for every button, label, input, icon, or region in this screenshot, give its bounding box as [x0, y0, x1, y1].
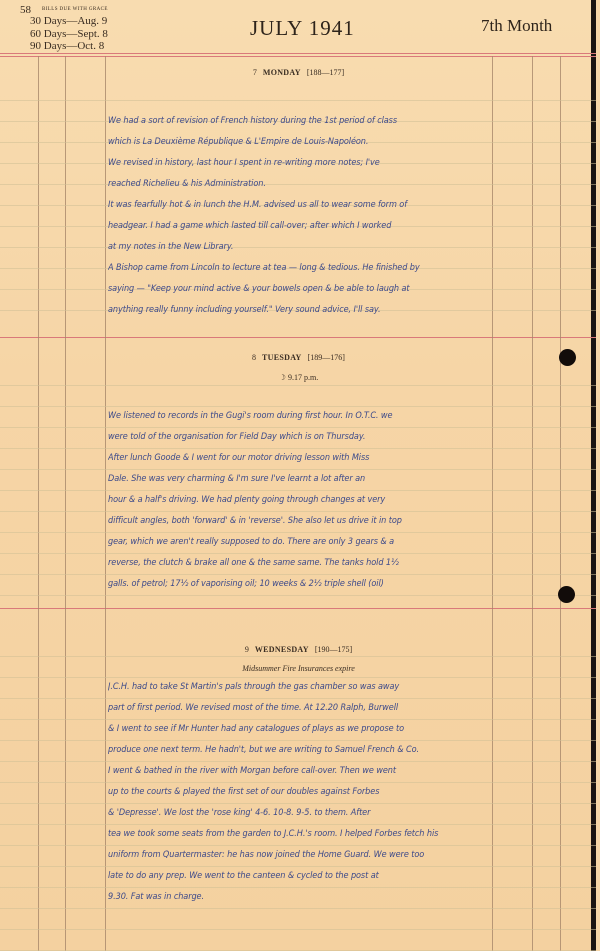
moon-phase-note: ☽ 9.17 p.m. [105, 373, 492, 382]
entry-line: gear, which we aren't really supposed to… [108, 532, 471, 553]
day-name: TUESDAY [262, 353, 302, 362]
entry-line: tea we took some seats from the garden t… [108, 824, 471, 845]
diary-entry-tuesday: We listened to records in the Gugi's roo… [108, 406, 490, 595]
column-rule [492, 56, 493, 951]
entry-line: J.C.H. had to take St Martin's pals thro… [108, 677, 471, 698]
entry-line: uniform from Quartermaster: he has now j… [108, 845, 471, 866]
ruled-line [0, 385, 596, 386]
section-divider [0, 608, 596, 609]
diary-page: 58 Bills due with grace 30 Days—Aug. 9 6… [0, 0, 596, 951]
day-number: 8 [252, 353, 256, 362]
entry-line: We had a sort of revision of French hist… [108, 111, 471, 132]
diary-entry-monday: We had a sort of revision of French hist… [108, 111, 490, 321]
entry-line: anything really funny including yourself… [108, 300, 471, 321]
ruled-line [0, 656, 596, 657]
day-name: WEDNESDAY [255, 645, 309, 654]
entry-line: Dale. She was very charming & I'm sure I… [108, 469, 471, 490]
section-divider [0, 53, 596, 54]
ruled-line [0, 929, 596, 930]
punch-hole [558, 586, 575, 603]
day-heading-monday: 7 MONDAY [188—177] [105, 68, 492, 77]
entry-line: saying — "Keep your mind active & your b… [108, 279, 471, 300]
column-rule [560, 56, 561, 951]
day-heading-wednesday: 9 WEDNESDAY [190—175] [105, 645, 492, 654]
month-label: 7th Month [481, 16, 552, 36]
calendar-note: Midsummer Fire Insurances expire [105, 664, 492, 673]
ruled-line [0, 100, 596, 101]
entry-line: difficult angles, both 'forward' & in 'r… [108, 511, 471, 532]
entry-line: We revised in history, last hour I spent… [108, 153, 471, 174]
entry-line: were told of the organisation for Field … [108, 427, 471, 448]
entry-line: produce one next term. He hadn't, but we… [108, 740, 471, 761]
entry-line: headgear. I had a game which lasted till… [108, 216, 471, 237]
diary-entry-wednesday: J.C.H. had to take St Martin's pals thro… [108, 677, 490, 908]
entry-line: galls. of petrol; 17½ of vaporising oil;… [108, 574, 471, 595]
entry-line: at my notes in the New Library. [108, 237, 471, 258]
entry-line: It was fearfully hot & in lunch the H.M.… [108, 195, 471, 216]
day-heading-tuesday: 8 TUESDAY [189—176] [105, 353, 492, 362]
day-number: 9 [245, 645, 249, 654]
entry-line: late to do any prep. We went to the cant… [108, 866, 471, 887]
day-range: [188—177] [307, 68, 344, 77]
entry-line: After lunch Goode & I went for our motor… [108, 448, 471, 469]
entry-line: I went & bathed in the river with Morgan… [108, 761, 471, 782]
bills-title: Bills due with grace [42, 7, 108, 12]
day-range: [189—176] [308, 353, 345, 362]
section-divider [0, 337, 596, 338]
day-name: MONDAY [263, 68, 301, 77]
ruled-line [0, 908, 596, 909]
entry-line: hour & a half's driving. We had plenty g… [108, 490, 471, 511]
column-rule [65, 56, 66, 951]
section-divider [0, 56, 596, 57]
entry-line: part of first period. We revised most of… [108, 698, 471, 719]
ruled-line [0, 595, 596, 596]
day-number: 7 [253, 68, 257, 77]
entry-line: up to the courts & played the first set … [108, 782, 471, 803]
entry-line: We listened to records in the Gugi's roo… [108, 406, 471, 427]
entry-line: & I went to see if Mr Hunter had any cat… [108, 719, 471, 740]
entry-line: & 'Depresse'. We lost the 'rose king' 4-… [108, 803, 471, 824]
column-rule [532, 56, 533, 951]
column-rule [38, 56, 39, 951]
entry-line: which is La Deuxième République & L'Empi… [108, 132, 471, 153]
bills-due-90: 90 Days—Oct. 8 [30, 40, 108, 53]
entry-line: reverse, the clutch & brake all one & th… [108, 553, 471, 574]
column-rule [105, 56, 106, 951]
page-title: JULY 1941 [250, 16, 355, 41]
bills-due-list: 30 Days—Aug. 9 60 Days—Sept. 8 90 Days—O… [30, 15, 108, 53]
bills-due-30: 30 Days—Aug. 9 [30, 15, 108, 28]
day-range: [190—175] [315, 645, 352, 654]
entry-line: A Bishop came from Lincoln to lecture at… [108, 258, 471, 279]
punch-hole [559, 349, 576, 366]
entry-line: 9.30. Fat was in charge. [108, 887, 471, 908]
bills-due-60: 60 Days—Sept. 8 [30, 28, 108, 41]
entry-line: reached Richelieu & his Administration. [108, 174, 471, 195]
